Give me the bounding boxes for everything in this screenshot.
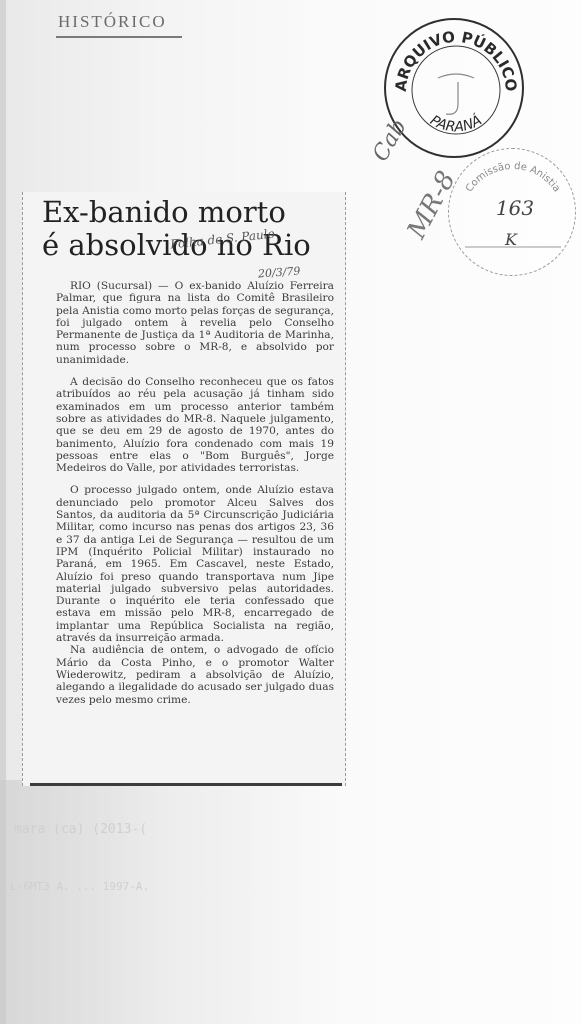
stamp-second-svg: Comissão de Anistia 163 K xyxy=(449,149,577,277)
clipping-body: RIO (Sucursal) — O ex-banido Aluízio Fer… xyxy=(56,280,334,706)
bleed-through-text: mara (ca) (2013-( xyxy=(14,822,147,837)
bleed-through-text: L-6MT3 A. ... 1997-A. xyxy=(10,880,149,893)
comissao-anistia-stamp: Comissão de Anistia 163 K xyxy=(448,148,576,276)
clipping-headline: Ex-banido morto é absolvido no Rio xyxy=(42,196,342,262)
stamp-main-bottom-text: PARANÁ xyxy=(427,112,485,136)
header-underline xyxy=(56,36,182,38)
svg-text:Comissão de Anistia: Comissão de Anistia xyxy=(464,161,562,194)
scan-shadow xyxy=(0,780,582,1024)
stamp-second-ring-text: Comissão de Anistia xyxy=(464,161,562,194)
clipping-paragraph: O processo julgado ontem, onde Aluízio e… xyxy=(56,484,334,644)
clipping-bottom-rule xyxy=(30,783,342,786)
section-header: HISTÓRICO xyxy=(58,12,167,32)
clipping-paragraph: RIO (Sucursal) — O ex-banido Aluízio Fer… xyxy=(56,280,334,366)
stamp-main-top-text: ARQUIVO PÚBLICO xyxy=(392,28,521,93)
svg-text:PARANÁ: PARANÁ xyxy=(427,112,485,136)
clipping-paragraph: A decisão do Conselho reconheceu que os … xyxy=(56,376,334,474)
clipping-paragraph: Na audiência de ontem, o advogado de ofí… xyxy=(56,644,334,705)
stamp-second-number: 163 xyxy=(496,196,534,220)
stamp-second-mark: K xyxy=(504,230,518,249)
stamp-main-svg: ARQUIVO PÚBLICO PARANÁ xyxy=(386,20,526,160)
stamp-emblem-icon xyxy=(438,74,474,114)
svg-text:ARQUIVO PÚBLICO: ARQUIVO PÚBLICO xyxy=(392,28,521,93)
headline-line-1: Ex-banido morto xyxy=(42,196,342,229)
